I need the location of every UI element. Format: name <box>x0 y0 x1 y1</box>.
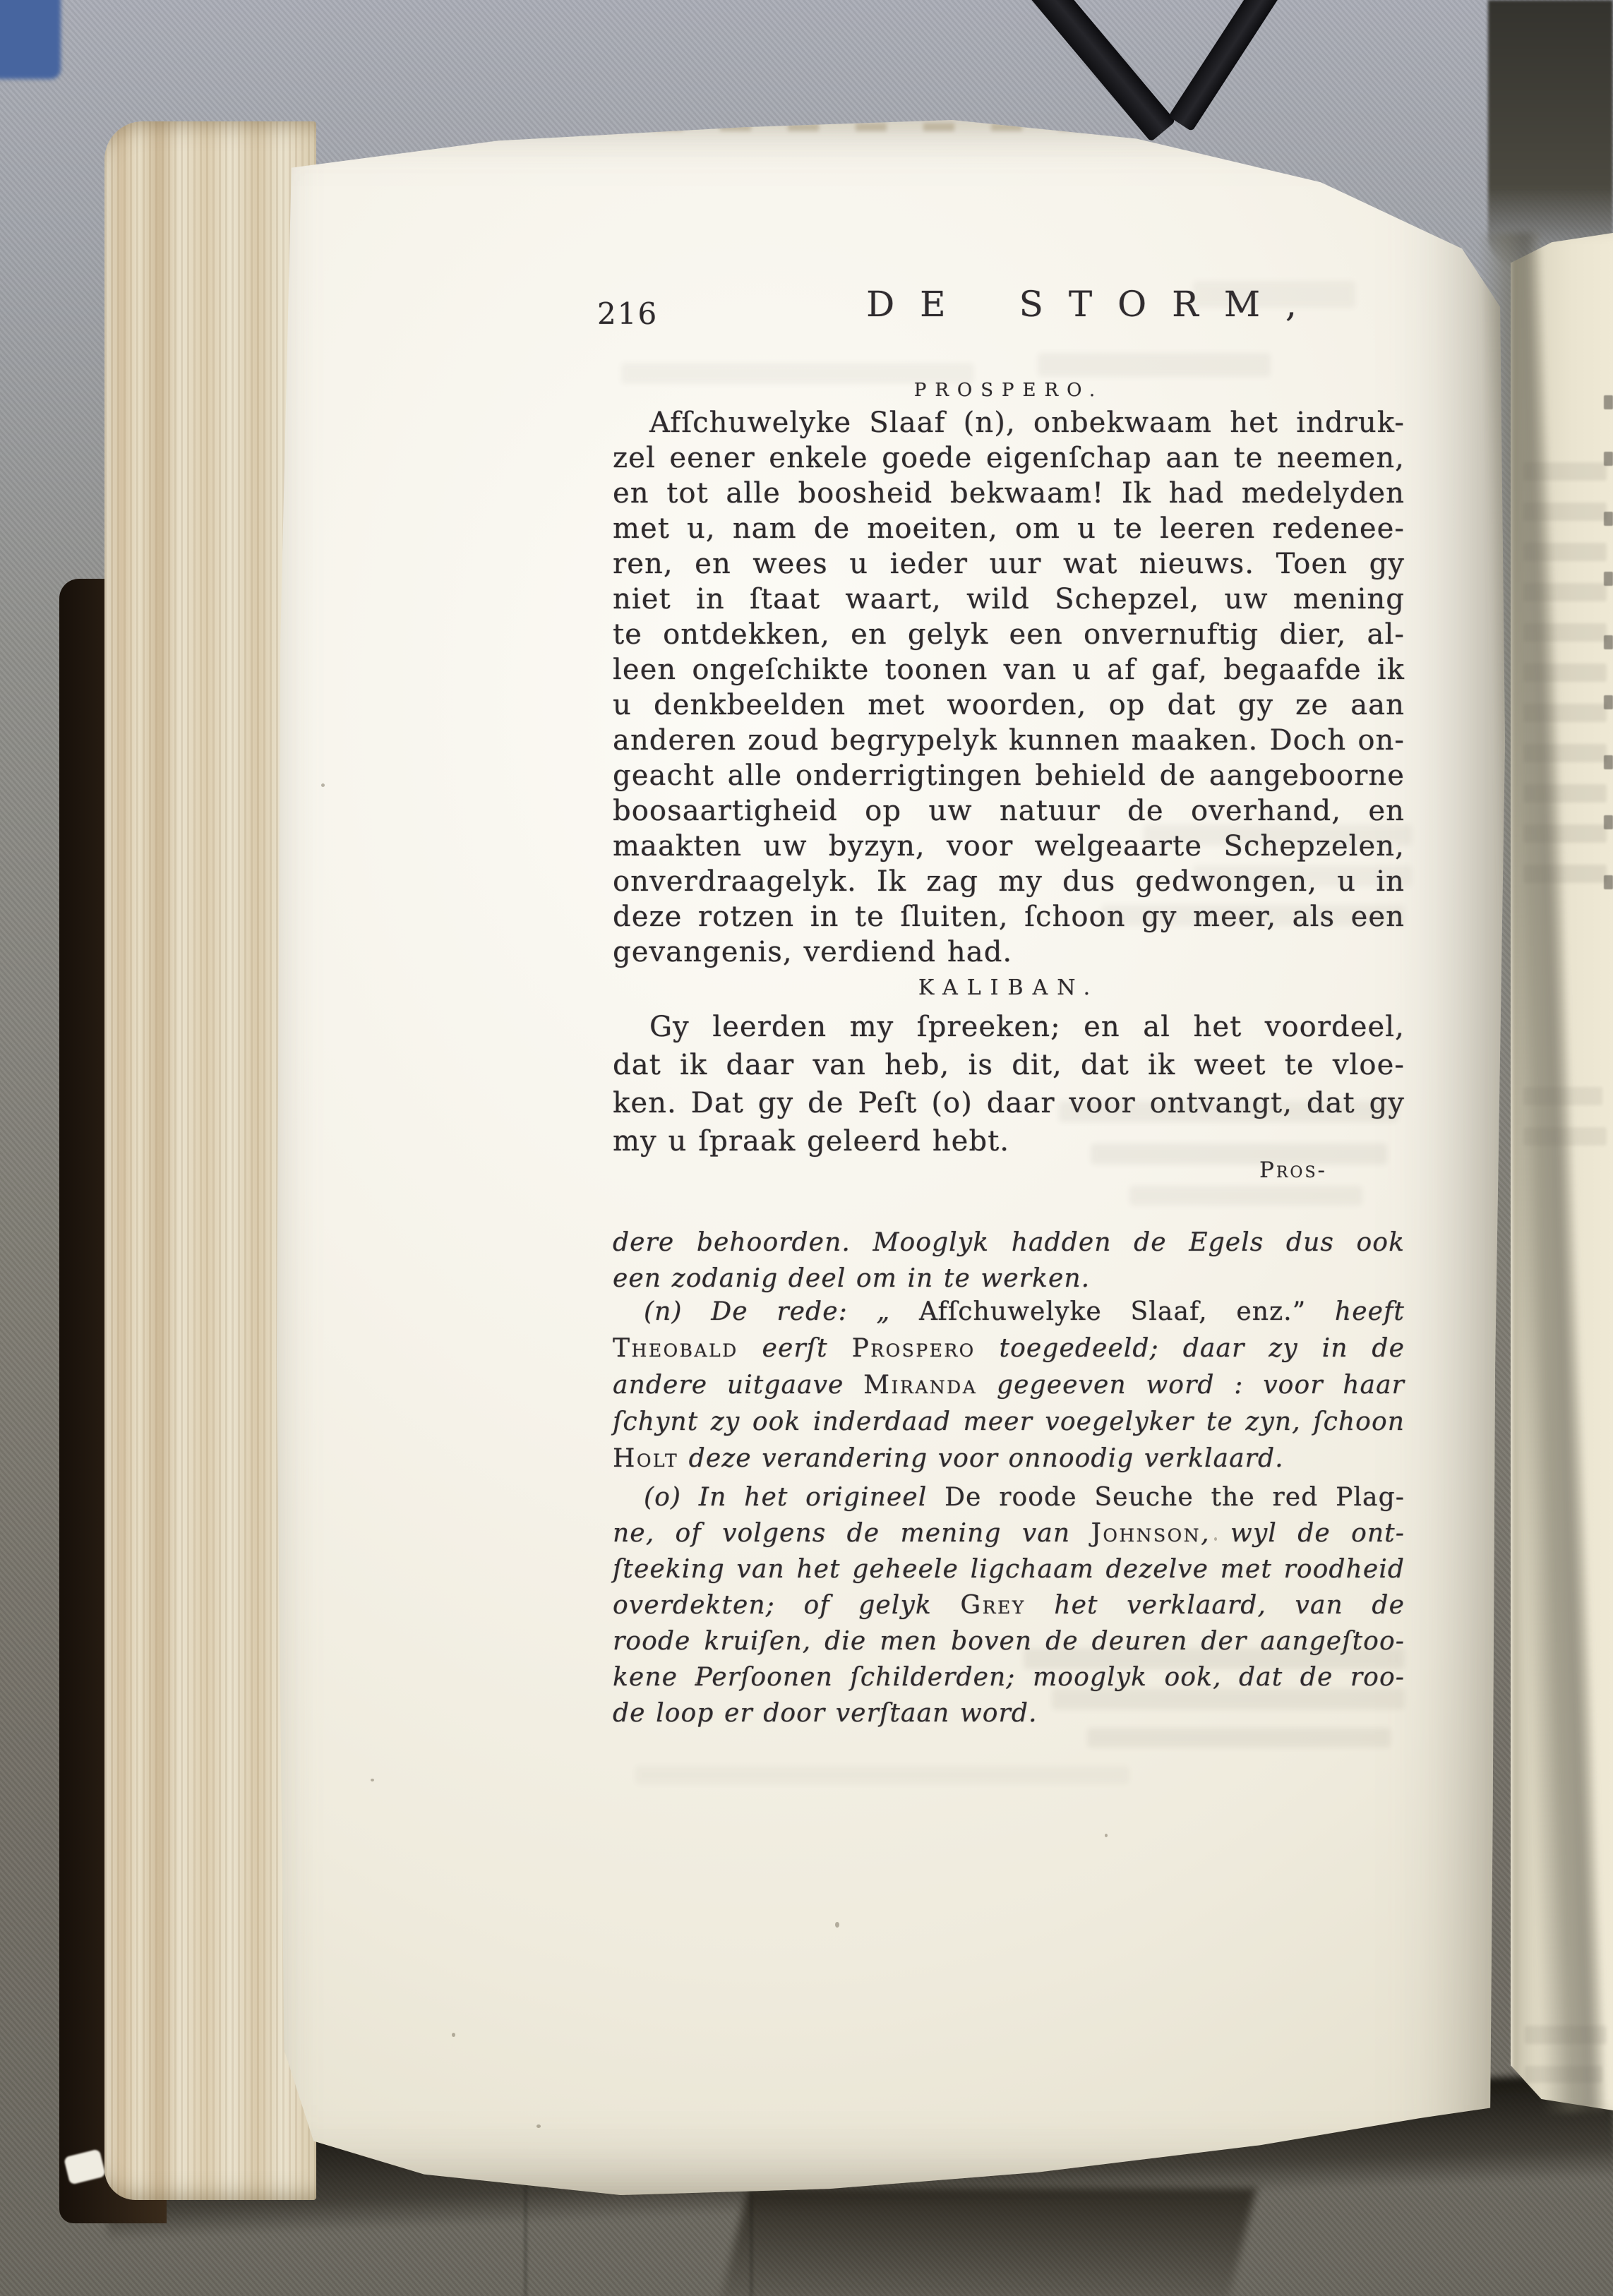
paper-speck <box>695 1682 698 1685</box>
facing-page-ghost-text <box>1523 1087 1602 1105</box>
facing-page-ghost-text <box>1523 503 1607 521</box>
text-line: u denkbeelden met woorden, op dat gy ze … <box>613 690 1405 720</box>
paper-speck <box>835 1922 839 1928</box>
clipped-glyph-fragment <box>1604 395 1613 409</box>
text-line: dere behoorden. Mooglyk hadden de Egels … <box>613 1230 1405 1256</box>
speaker-heading-kaliban: KALIBAN. <box>613 975 1405 1000</box>
paper-speck <box>321 783 325 787</box>
facing-page-ghost-text <box>1523 623 1607 642</box>
facing-page-ghost-text <box>1523 824 1607 843</box>
text-line: Afſchuwelyke Slaaf (n), onbekwaam het in… <box>613 408 1405 438</box>
bleed-through-smudge <box>1052 1688 1405 1709</box>
bleed-through-smudge <box>1038 353 1271 377</box>
facing-page-ghost-text <box>1523 663 1607 682</box>
facing-page-ghost-text <box>1523 583 1607 601</box>
text-line: ſteeking van het geheele ligchaam dezelv… <box>613 1556 1405 1583</box>
clipped-glyph-fragment <box>1604 755 1613 769</box>
text-line: (o) In het origineel De roode Seuche the… <box>613 1484 1405 1511</box>
text-line: (n) De rede: „ Afſchuwelyke Slaaf, enz.”… <box>613 1299 1405 1326</box>
facing-page-ghost-text <box>1525 2066 1602 2083</box>
text-line: geacht alle onderrigtingen behield de aa… <box>613 761 1405 791</box>
facing-page-ghost-text <box>1523 704 1607 722</box>
text-line: overdekten; of gelyk Grey het verklaard,… <box>613 1592 1405 1619</box>
text-line: ne, of volgens de mening van Johnson, wy… <box>613 1520 1405 1547</box>
book-photo: { "page": { "folio": "216", "running_tit… <box>0 0 1613 2296</box>
text-line: een zodanig deel om in te werken. <box>613 1266 1405 1292</box>
text-line: ren, en wees u ieder uur wat nieuws. Toe… <box>613 549 1405 579</box>
text-line: en tot alle boosheid bekwaam! Ik had med… <box>613 479 1405 508</box>
facing-page-ghost-text <box>1523 543 1607 561</box>
bleed-through-smudge <box>635 1766 1129 1784</box>
bleed-through-smudge <box>1193 281 1355 308</box>
text-line: met u, nam de moeiten, om u te leeren re… <box>613 514 1405 543</box>
bleed-through-smudge <box>1087 1728 1391 1748</box>
text-line: leen ongeſchikte toonen van u af gaf, be… <box>613 655 1405 685</box>
text-line: gevangenis, verdiend had. <box>613 937 1405 967</box>
facing-page-ghost-text <box>1523 1127 1607 1146</box>
bleed-through-smudge <box>621 363 974 384</box>
text-line: Theobald eerſt Prospero toegedeeld; daar… <box>613 1335 1405 1362</box>
bleed-through-smudge <box>1193 865 1412 886</box>
clipped-glyph-fragment <box>1604 875 1613 889</box>
facing-page-ghost-text <box>1525 2026 1607 2044</box>
text-line: te ontdekken, en gelyk een onvernuftig d… <box>613 620 1405 649</box>
text-line: boosaartigheid op uw natuur de overhand,… <box>613 796 1405 826</box>
bleed-through-smudge <box>1024 1648 1405 1669</box>
text-line: anderen zoud begrypelyk kunnen maaken. D… <box>613 726 1405 755</box>
facing-page-ghost-text <box>1523 462 1607 481</box>
text-line: zel eener enkele goede eigenſchap aan te… <box>613 443 1405 473</box>
text-line: Holt deze verandering voor onnoodig verk… <box>613 1445 1405 1472</box>
clipped-glyph-fragment <box>1604 512 1613 526</box>
text-line: ſchynt zy ook inderdaad meer voegelyker … <box>613 1409 1405 1436</box>
paper-speck <box>1105 1834 1108 1837</box>
paper-speck <box>536 2124 541 2128</box>
bleed-through-smudge <box>1091 1143 1387 1165</box>
paper-speck <box>452 2033 455 2037</box>
clipped-glyph-fragment <box>1604 572 1613 586</box>
text-line: niet in ſtaat waart, wild Schepzel, uw m… <box>613 584 1405 614</box>
text-line: andere uitgaave Miranda gegeeven word : … <box>613 1372 1405 1399</box>
clipped-glyph-fragment <box>1604 635 1613 649</box>
bleed-through-smudge <box>1059 1101 1398 1122</box>
text-line: Gy leerden my ſpreeken; en al het voorde… <box>613 1012 1405 1042</box>
bleed-through-smudge <box>1144 824 1412 846</box>
folio-number: 216 <box>597 296 658 331</box>
text-line: dat ik daar van heb, is dit, dat ik weet… <box>613 1050 1405 1080</box>
clipped-glyph-fragment <box>1604 695 1613 709</box>
paper-speck <box>371 1779 374 1781</box>
paper-speck <box>1214 1537 1217 1541</box>
bleed-through-smudge <box>1101 905 1405 926</box>
facing-page-ghost-text <box>1523 784 1607 803</box>
clipped-glyph-fragment <box>1604 452 1613 466</box>
bleed-through-smudge <box>1129 1186 1362 1206</box>
facing-page-ghost-text <box>1523 865 1607 883</box>
facing-page-ghost-text <box>1523 744 1607 762</box>
clipped-glyph-fragment <box>1604 815 1613 829</box>
